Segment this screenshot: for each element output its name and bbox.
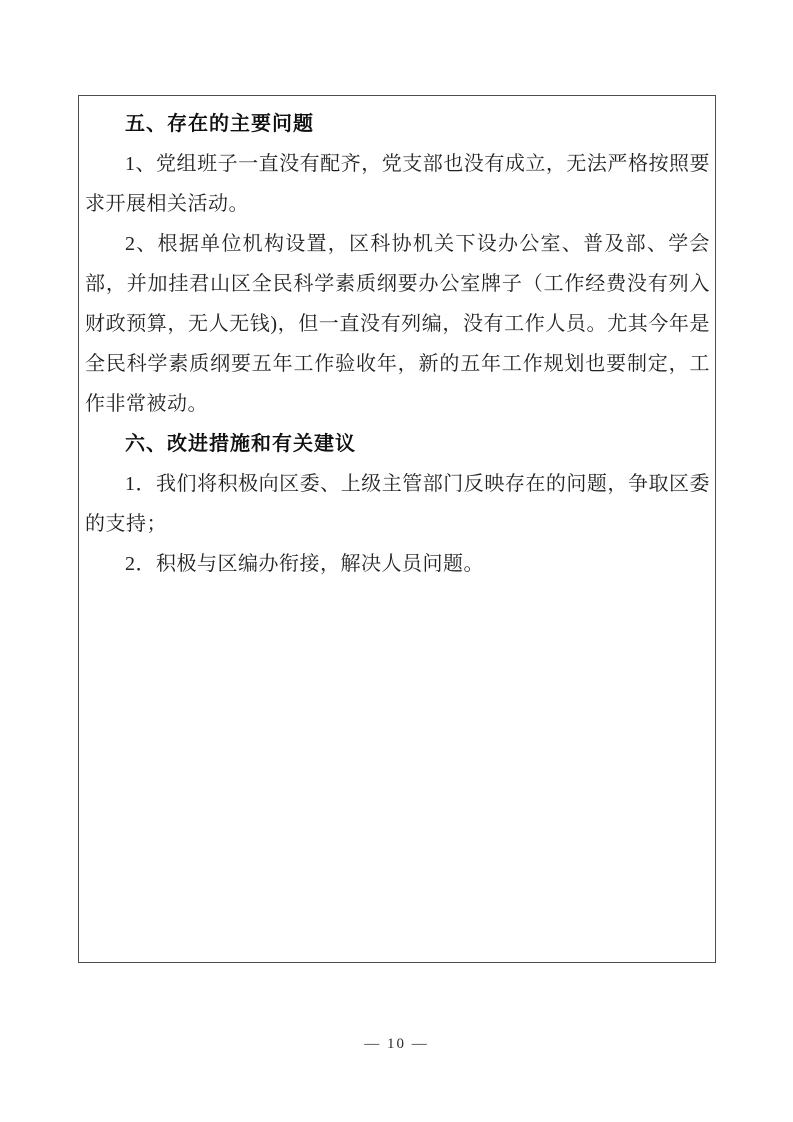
document-page: 五、存在的主要问题 1、党组班子一直没有配齐，党支部也没有成立，无法严格按照要求… — [0, 0, 793, 1122]
document-border-box: 五、存在的主要问题 1、党组班子一直没有配齐，党支部也没有成立，无法严格按照要求… — [78, 95, 716, 963]
section-heading-measures: 六、改进措施和有关建议 — [85, 424, 710, 464]
footer-page-number: — 10 — — [0, 1036, 793, 1053]
paragraph-measure-1: 1．我们将积极向区委、上级主管部门反映存在的问题，争取区委的支持； — [85, 464, 710, 544]
section-heading-problems: 五、存在的主要问题 — [85, 104, 710, 144]
paragraph-measure-2: 2．积极与区编办衔接，解决人员问题。 — [85, 544, 710, 584]
paragraph-problem-2: 2、根据单位机构设置，区科协机关下设办公室、普及部、学会部，并加挂君山区全民科学… — [85, 224, 710, 424]
paragraph-problem-1: 1、党组班子一直没有配齐，党支部也没有成立，无法严格按照要求开展相关活动。 — [85, 144, 710, 224]
